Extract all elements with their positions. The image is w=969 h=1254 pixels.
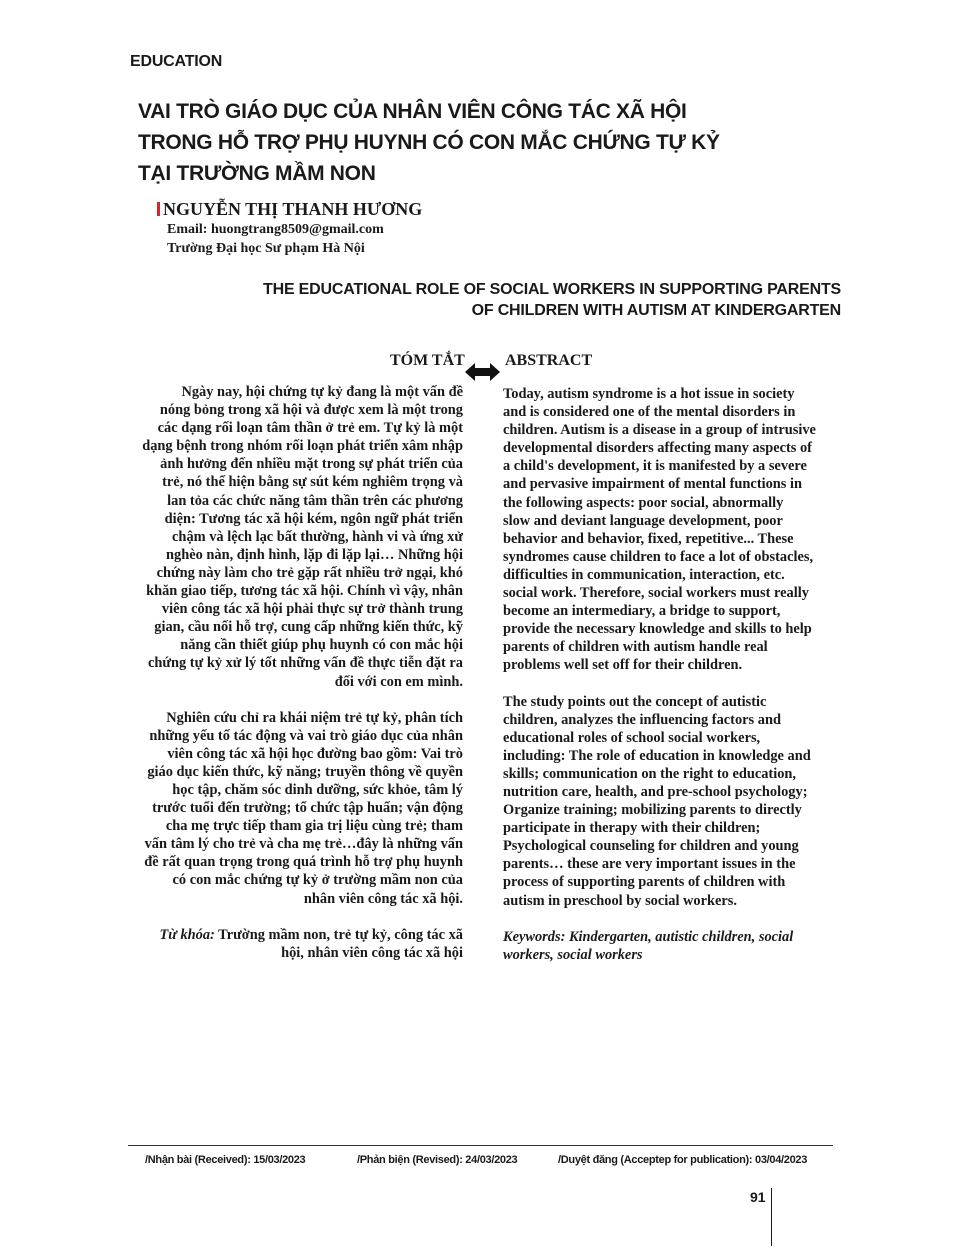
keywords-label: Từ khóa: [159,927,214,943]
text-line: giáo dục kiến thức, kỹ năng; truyền thôn… [128,763,463,781]
text-line: khăn giao tiếp, tương tác xã hội. Chính … [128,582,463,600]
text-line: parents… these are very important issues… [503,855,843,873]
text-line: Psychological counseling for children an… [503,837,843,855]
text-line: đối với con em mình. [128,673,463,691]
vietnamese-abstract-paragraph-1: Ngày nay, hội chứng tự kỷ đang là một vấ… [128,383,463,691]
text-line: Today, autism syndrome is a hot issue in… [503,385,843,403]
text-line: and pervasive impairment of mental funct… [503,475,843,493]
received-date: /Nhận bài (Received): 15/03/2023 [145,1154,305,1166]
text-line: the following aspects: poor social, abno… [503,494,843,512]
abstract-headings: TÓM TẮT ABSTRACT [380,352,620,380]
text-line: dạng bệnh trong nhóm rối loạn phát triển… [128,437,463,455]
red-bar-marker-icon [157,202,160,216]
text-line: Organize training; mobilizing parents to… [503,801,843,819]
vietnamese-abstract: Ngày nay, hội chứng tự kỷ đang là một vấ… [128,383,463,962]
section-label: EDUCATION [130,53,222,71]
text-line: participate in therapy with their childr… [503,819,843,837]
text-line: vấn tâm lý cho trẻ và cha mẹ trẻ…đây là … [128,835,463,853]
footer-divider [128,1145,833,1146]
author-block: NGUYỄN THỊ THANH HƯƠNG Email: huongtrang… [157,198,422,258]
text-line: provide the necessary knowledge and skil… [503,620,843,638]
page-number: 91 [750,1189,766,1205]
text-line: nóng bỏng trong xã hội và được xem là mộ… [128,401,463,419]
author-name: NGUYỄN THỊ THANH HƯƠNG [163,198,422,220]
text-line: lan tỏa các chức năng tâm thần trên các … [128,492,463,510]
vietnamese-title-line: TẠI TRƯỜNG MẦM NON [138,158,838,189]
text-line: nhân viên công tác xã hội. [128,890,463,908]
text-line: The study points out the concept of auti… [503,693,843,711]
text-line: viên công tác xã hội học đường bao gồm: … [128,745,463,763]
text-line: a child's development, it is manifested … [503,457,843,475]
text-line: nutrition care, health, and pre-school p… [503,783,843,801]
english-title: THE EDUCATIONAL ROLE OF SOCIAL WORKERS I… [141,279,841,321]
text-line: các dạng rối loạn tâm thần ở trẻ em. Tự … [128,419,463,437]
text-line: become an intermediary, a bridge to supp… [503,602,843,620]
author-affiliation: Trường Đại học Sư phạm Hà Nội [157,239,422,258]
vietnamese-title-line: VAI TRÒ GIÁO DỤC CỦA NHÂN VIÊN CÔNG TÁC … [138,96,838,127]
english-abstract-paragraph-2: The study points out the concept of auti… [503,693,843,910]
text-line: children, analyzes the influencing facto… [503,711,843,729]
vietnamese-keywords: Từ khóa: Trường mầm non, trẻ tự kỷ, công… [128,926,463,962]
text-line: chậm và lệch lạc bất thường, hành vi và … [128,528,463,546]
text-line: slow and deviant language development, p… [503,512,843,530]
text-line: cha mẹ trực tiếp tham gia trị liệu cùng … [128,817,463,835]
text-line: social work. Therefore, social workers m… [503,584,843,602]
text-line: parents of children with autism handle r… [503,638,843,656]
abstract-heading: ABSTRACT [505,352,592,370]
keywords-text: Trường mầm non, trẻ tự kỷ, công tác xã [215,927,463,943]
text-line: and is considered one of the mental diso… [503,403,843,421]
text-line: trẻ, nó thể hiện bằng sự sút kém nghiêm … [128,473,463,491]
text-line: học tập, chăm sóc dinh dưỡng, sức khỏe, … [128,781,463,799]
text-line: process of supporting parents of childre… [503,873,843,891]
text-line: nghèo nàn, định hình, lặp đi lặp lại… Nh… [128,546,463,564]
text-line: Ngày nay, hội chứng tự kỷ đang là một vấ… [128,383,463,401]
text-line: syndromes cause children to face a lot o… [503,548,843,566]
text-line: chứng tự kỷ xử lý tốt những vấn đề thực … [128,654,463,672]
text-line: chứng này làm cho trẻ gặp rất nhiều trở … [128,564,463,582]
text-line: developmental disorders affecting many a… [503,439,843,457]
page-number-divider [771,1188,772,1246]
text-line: trước tuổi đến trường; tổ chức tập huấn;… [128,799,463,817]
text-line: problems well set off for their children… [503,656,843,674]
english-keywords: Keywords: Kindergarten, autistic childre… [503,928,843,964]
text-line: gian, cầu nối hỗ trợ, cung cấp những kiế… [128,618,463,636]
keywords-text: Keywords: Kindergarten, autistic childre… [503,928,843,946]
text-line: diện: Tương tác xã hội kém, ngôn ngữ phá… [128,510,463,528]
text-line: Nghiên cứu chỉ ra khái niệm trẻ tự kỷ, p… [128,709,463,727]
text-line: năng cần thiết giúp phụ huynh có con mắc… [128,636,463,654]
text-line: viên công tác xã hội phải thực sự trở th… [128,600,463,618]
vietnamese-abstract-paragraph-2: Nghiên cứu chỉ ra khái niệm trẻ tự kỷ, p… [128,709,463,908]
vietnamese-title: VAI TRÒ GIÁO DỤC CỦA NHÂN VIÊN CÔNG TÁC … [138,96,838,189]
english-title-line: OF CHILDREN WITH AUTISM AT KINDERGARTEN [141,300,841,321]
vietnamese-title-line: TRONG HỖ TRỢ PHỤ HUYNH CÓ CON MẮC CHỨNG … [138,127,838,158]
keywords-text: workers, social workers [503,946,843,964]
text-line: những yếu tố tác động và vai trò giáo dụ… [128,727,463,745]
text-line: autism in preschool by social workers. [503,892,843,910]
accepted-date: /Duyệt đăng (Acceptep for publication): … [558,1154,807,1166]
text-line: educational roles of school social worke… [503,729,843,747]
tomtat-heading: TÓM TẮT [390,352,465,370]
text-line: children. Autism is a disease in a group… [503,421,843,439]
text-line: đề rất quan trọng trong quá trình hỗ trợ… [128,853,463,871]
double-arrow-icon [465,362,500,382]
english-title-line: THE EDUCATIONAL ROLE OF SOCIAL WORKERS I… [141,279,841,300]
english-abstract-paragraph-1: Today, autism syndrome is a hot issue in… [503,385,843,675]
text-line: including: The role of education in know… [503,747,843,765]
english-abstract: Today, autism syndrome is a hot issue in… [503,385,843,964]
text-line: skills; communication on the right to ed… [503,765,843,783]
keywords-text: hội, nhân viên công tác xã hội [128,944,463,962]
text-line: có con mắc chứng tự kỷ ở trường mầm non … [128,871,463,889]
text-line: difficulties in communication, interacti… [503,566,843,584]
revised-date: /Phản biện (Revised): 24/03/2023 [357,1154,517,1166]
author-email: Email: huongtrang8509@gmail.com [157,220,422,239]
text-line: ảnh hưởng đến nhiều mặt trong sự phát tr… [128,455,463,473]
author-name-row: NGUYỄN THỊ THANH HƯƠNG [157,198,422,220]
text-line: behavior and behavior, fixed, repetitive… [503,530,843,548]
